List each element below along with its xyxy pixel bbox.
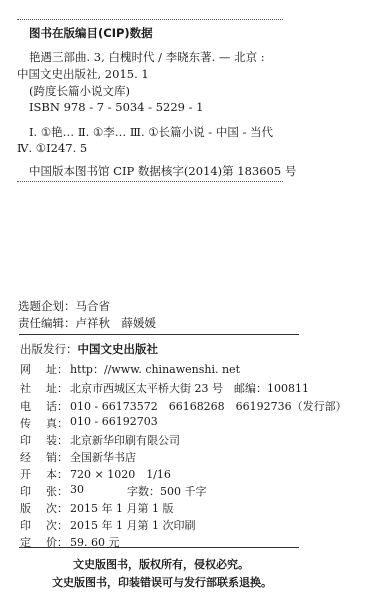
return-notice: 文史版图书，印装错误可与发行部联系退换。 [52,574,272,590]
edition-value: 2015 年 1 月第 1 版 [70,500,173,516]
printer-value: 北京新华印刷有限公司 [70,432,180,448]
editor-label: 责任编辑： [18,316,76,330]
editor-row: 责任编辑：卢祥秋 薛媛媛 [18,315,156,331]
sheets-value: 30 [70,483,84,496]
cip-line-publisher: 中国文史出版社, 2015. 1 [17,66,149,82]
website-link[interactable]: http：//www. chinawenshi. net [70,361,240,377]
bottom-dotted-rule [17,181,283,182]
phone-value: 010 - 66173572 66168268 66192736（发行部） [70,398,347,414]
editor-names: 卢祥秋 薛媛媛 [76,316,157,330]
word-count: 字数：500 千字 [127,483,207,499]
cip-record-number: 中国版本图书馆 CIP 数据核字(2014)第 183605 号 [29,163,296,179]
cip-line-series: (跨度长篇小说文库) [29,83,130,99]
format-value: 720 × 1020 1/16 [70,466,171,482]
planner-name: 马合省 [76,299,111,313]
address-value: 北京市西城区太平桥大街 23 号 邮编：100811 [70,380,309,396]
cip-line-subjects: Ⅰ. ①艳… Ⅱ. ①李… Ⅲ. ①长篇小说 - 中国 - 当代 [29,124,273,140]
editors-rule [19,334,299,335]
cip-line-isbn: ISBN 978 - 7 - 5034 - 5229 - 1 [29,100,204,114]
copyright-notice: 文史版图书，版权所有，侵权必究。 [73,556,249,572]
printing-value: 2015 年 1 月第 1 次印刷 [70,517,195,533]
publisher-row: 出版发行：中国文史出版社 [20,341,158,357]
distributor-value: 全国新华书店 [70,449,136,465]
cip-heading: 图书在版编目(CIP)数据 [29,25,153,41]
fax-value: 010 - 66192703 [70,415,158,428]
publisher-name: 中国文史出版社 [78,342,159,356]
cip-line-title: 艳遇三部曲. 3, 白槐时代 / 李晓东著. — 北京 : [29,49,265,65]
top-dotted-rule [17,19,283,20]
publication-rule [19,547,299,548]
cip-line-classification: Ⅳ. ①I247. 5 [17,141,87,155]
planner-row: 选题企划：马合省 [18,298,110,314]
planner-label: 选题企划： [18,299,76,313]
publisher-label: 出版发行： [20,342,78,356]
